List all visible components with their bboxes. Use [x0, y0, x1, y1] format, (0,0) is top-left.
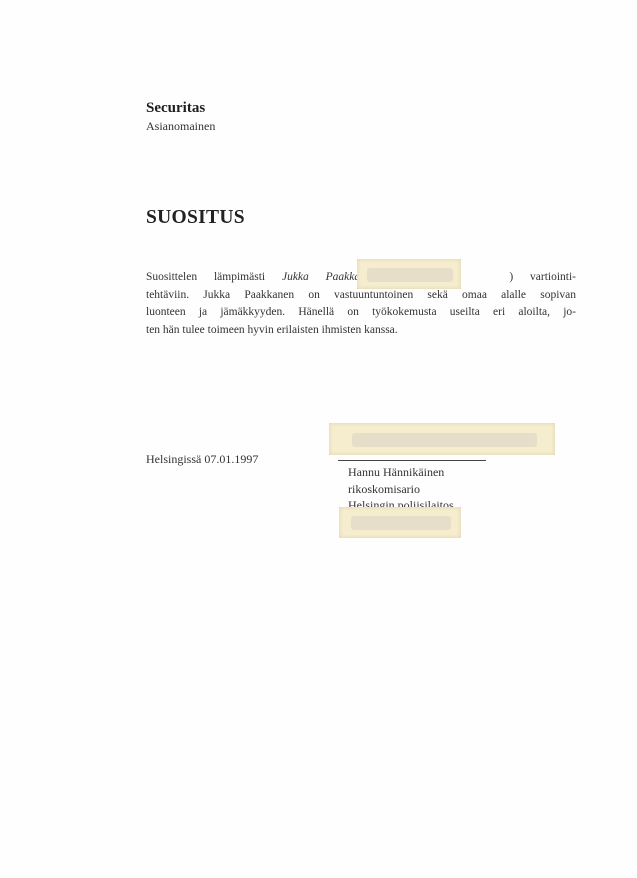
- document-title: SUOSITUS: [146, 207, 245, 229]
- body-text-segment: ) vartiointi-: [509, 271, 576, 283]
- document-page: Securitas Asianomainen SUOSITUS Suositte…: [0, 0, 637, 878]
- signature-line: [338, 460, 486, 461]
- body-line-4: ten hän tulee toimeen hyvin erilaisten i…: [146, 322, 576, 340]
- redaction-block-id: [357, 259, 461, 289]
- recipient-line: Asianomainen: [146, 119, 215, 134]
- place-and-date: Helsingissä 07.01.1997: [146, 452, 258, 467]
- signer-role: rikoskomisario: [348, 481, 454, 498]
- organization-name: Securitas: [146, 100, 205, 117]
- redaction-block-signature: [329, 423, 555, 455]
- body-text-segment: Suosittelen lämpimästi: [146, 271, 282, 283]
- signer-name: Hannu Hännikäinen: [348, 464, 454, 481]
- body-line-2: tehtäviin. Jukka Paakkanen on vastuuntun…: [146, 287, 576, 305]
- redaction-block-contact: [339, 507, 461, 538]
- body-line-3: luonteen ja jämäkkyyden. Hänellä on työk…: [146, 304, 576, 322]
